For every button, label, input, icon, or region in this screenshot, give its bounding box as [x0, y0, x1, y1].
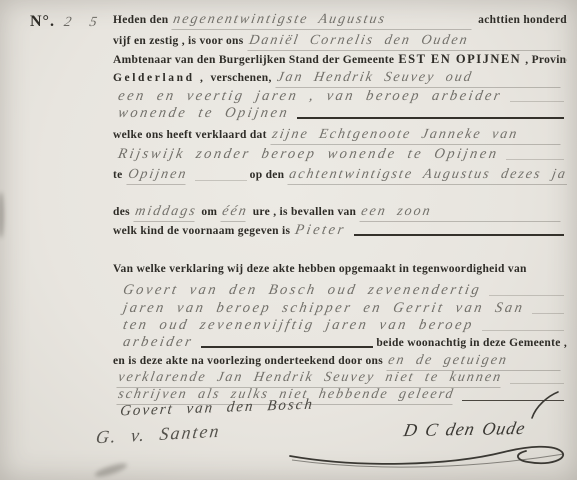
printed-text: Heden den	[113, 14, 168, 26]
printed-text: vijf en zestig , is voor ons	[113, 35, 244, 47]
fill-line	[354, 234, 564, 236]
handwritten-text: wonende te Opijnen	[116, 105, 290, 123]
printed-text: Ambtenaar van den Burgerlijken Stand der…	[113, 54, 394, 66]
handwritten-birthdate: achtentwintigste Augustus dezes jaars	[288, 167, 567, 185]
printed-text: Van welke verklaring wij deze akte hebbe…	[113, 263, 527, 275]
signature-flourish-underline	[288, 438, 570, 472]
printed-text: , Provincie	[525, 54, 567, 66]
printed-text: welk kind de voornaam gegeven is	[113, 225, 290, 237]
record-number: N°. 2 5	[30, 13, 106, 31]
handwritten-child-sex: een zoon	[360, 204, 564, 222]
printed-text: op den	[250, 169, 285, 181]
printed-text: ure , is bevallen van	[253, 206, 357, 218]
handwritten-text: Rijswijk zonder beroep wonende te Opijne…	[116, 146, 500, 164]
printed-text: welke ons heeft verklaard dat	[113, 129, 267, 141]
fill-line	[482, 330, 564, 331]
handwritten-hour: één	[221, 204, 250, 222]
scan-smudge	[0, 192, 4, 238]
printed-text: en is deze akte na voorlezing onderteeke…	[113, 355, 383, 367]
fill-line	[201, 346, 373, 348]
line-date-opening: Heden den negenentwintigste Augustus ach…	[113, 12, 567, 30]
line-witness2a: jaren van beroep schipper en Gerrit van …	[113, 300, 567, 318]
line-birth-time: des middags om één ure , is bevallen van…	[113, 204, 567, 222]
handwritten-mother: zijne Echtgenoote Janneke van	[270, 127, 563, 145]
line-witness-intro: Van welke verklaring wij deze akte hebbe…	[113, 263, 567, 281]
fill-line	[532, 313, 564, 314]
line-birthplace-date: te Opijnen op den achtentwintigste Augus…	[113, 167, 567, 185]
handwritten-text: verklarende Jan Hendrik Seuvey niet te k…	[116, 370, 503, 388]
line-registrar-name: vijf en zestig , is voor ons Daniël Corn…	[113, 33, 567, 51]
fill-line	[510, 101, 564, 102]
printed-text: verschenen,	[211, 72, 272, 84]
handwritten-text: ten oud zevenenvijftig jaren van beroep	[121, 317, 475, 335]
handwritten-child-name: Pieter	[294, 222, 348, 240]
printed-text: achttien honderd	[478, 14, 567, 26]
line-declarant: Gelderland , verschenen, Jan Hendrik Seu…	[113, 70, 567, 88]
printed-text: te	[113, 169, 123, 181]
handwritten-date: negenentwintigste Augustus	[172, 12, 475, 30]
line-closing: en is deze akte na voorlezing onderteeke…	[113, 353, 567, 371]
handwritten-witness1: Govert van den Bosch oud zevenendertig	[121, 282, 482, 300]
fill-line	[195, 180, 247, 181]
record-number-value: 2 5	[63, 15, 103, 31]
line-declarant-residence: wonende te Opijnen	[113, 105, 567, 123]
province-name: Gelderland ,	[113, 72, 206, 84]
printed-text: des	[113, 206, 130, 218]
line-witness1: Govert van den Bosch oud zevenendertig	[113, 282, 567, 300]
fill-line	[489, 295, 564, 296]
fill-line	[510, 383, 564, 384]
fill-line	[297, 117, 564, 119]
line-declaration: welke ons heeft verklaard dat zijne Echt…	[113, 127, 567, 145]
handwritten-declarant: Jan Hendrik Seuvey oud	[275, 70, 564, 88]
handwritten-text: en de getuigen	[386, 353, 563, 371]
line-mother-residence: Rijswijk zonder beroep wonende te Opijne…	[113, 146, 567, 164]
record-number-label: N°.	[30, 13, 55, 30]
line-illiteracy1: verklarende Jan Hendrik Seuvey niet te k…	[113, 370, 567, 388]
line-declarant-age: een en veertig jaren , van beroep arbeid…	[113, 88, 567, 106]
document-scan: N°. 2 5 Heden den negenentwintigste Augu…	[0, 0, 577, 480]
line-child-name: welk kind de voornaam gegeven is Pieter	[113, 222, 567, 240]
handwritten-daypart: middags	[133, 204, 198, 222]
printed-text: om	[201, 206, 217, 218]
handwritten-text: een en veertig jaren , van beroep arbeid…	[116, 88, 503, 106]
handwritten-registrar: Daniël Cornelis den Ouden	[247, 33, 564, 51]
handwritten-place: Opijnen	[126, 167, 188, 185]
signature-flourish-top	[498, 390, 568, 420]
line-witness-residence: arbeider beide woonachtig in deze Gemeen…	[113, 334, 567, 352]
handwritten-witness2: jaren van beroep schipper en Gerrit van …	[121, 300, 526, 318]
handwritten-occupation: arbeider	[121, 334, 194, 352]
printed-text: beide woonachtig in deze Gemeente ,	[376, 337, 567, 349]
municipality-name: EST EN OPIJNEN	[398, 52, 521, 67]
line-municipality: Ambtenaar van den Burgerlijken Stand der…	[113, 52, 567, 70]
fill-line	[506, 159, 564, 160]
line-witness2b: ten oud zevenenvijftig jaren van beroep	[113, 317, 567, 335]
